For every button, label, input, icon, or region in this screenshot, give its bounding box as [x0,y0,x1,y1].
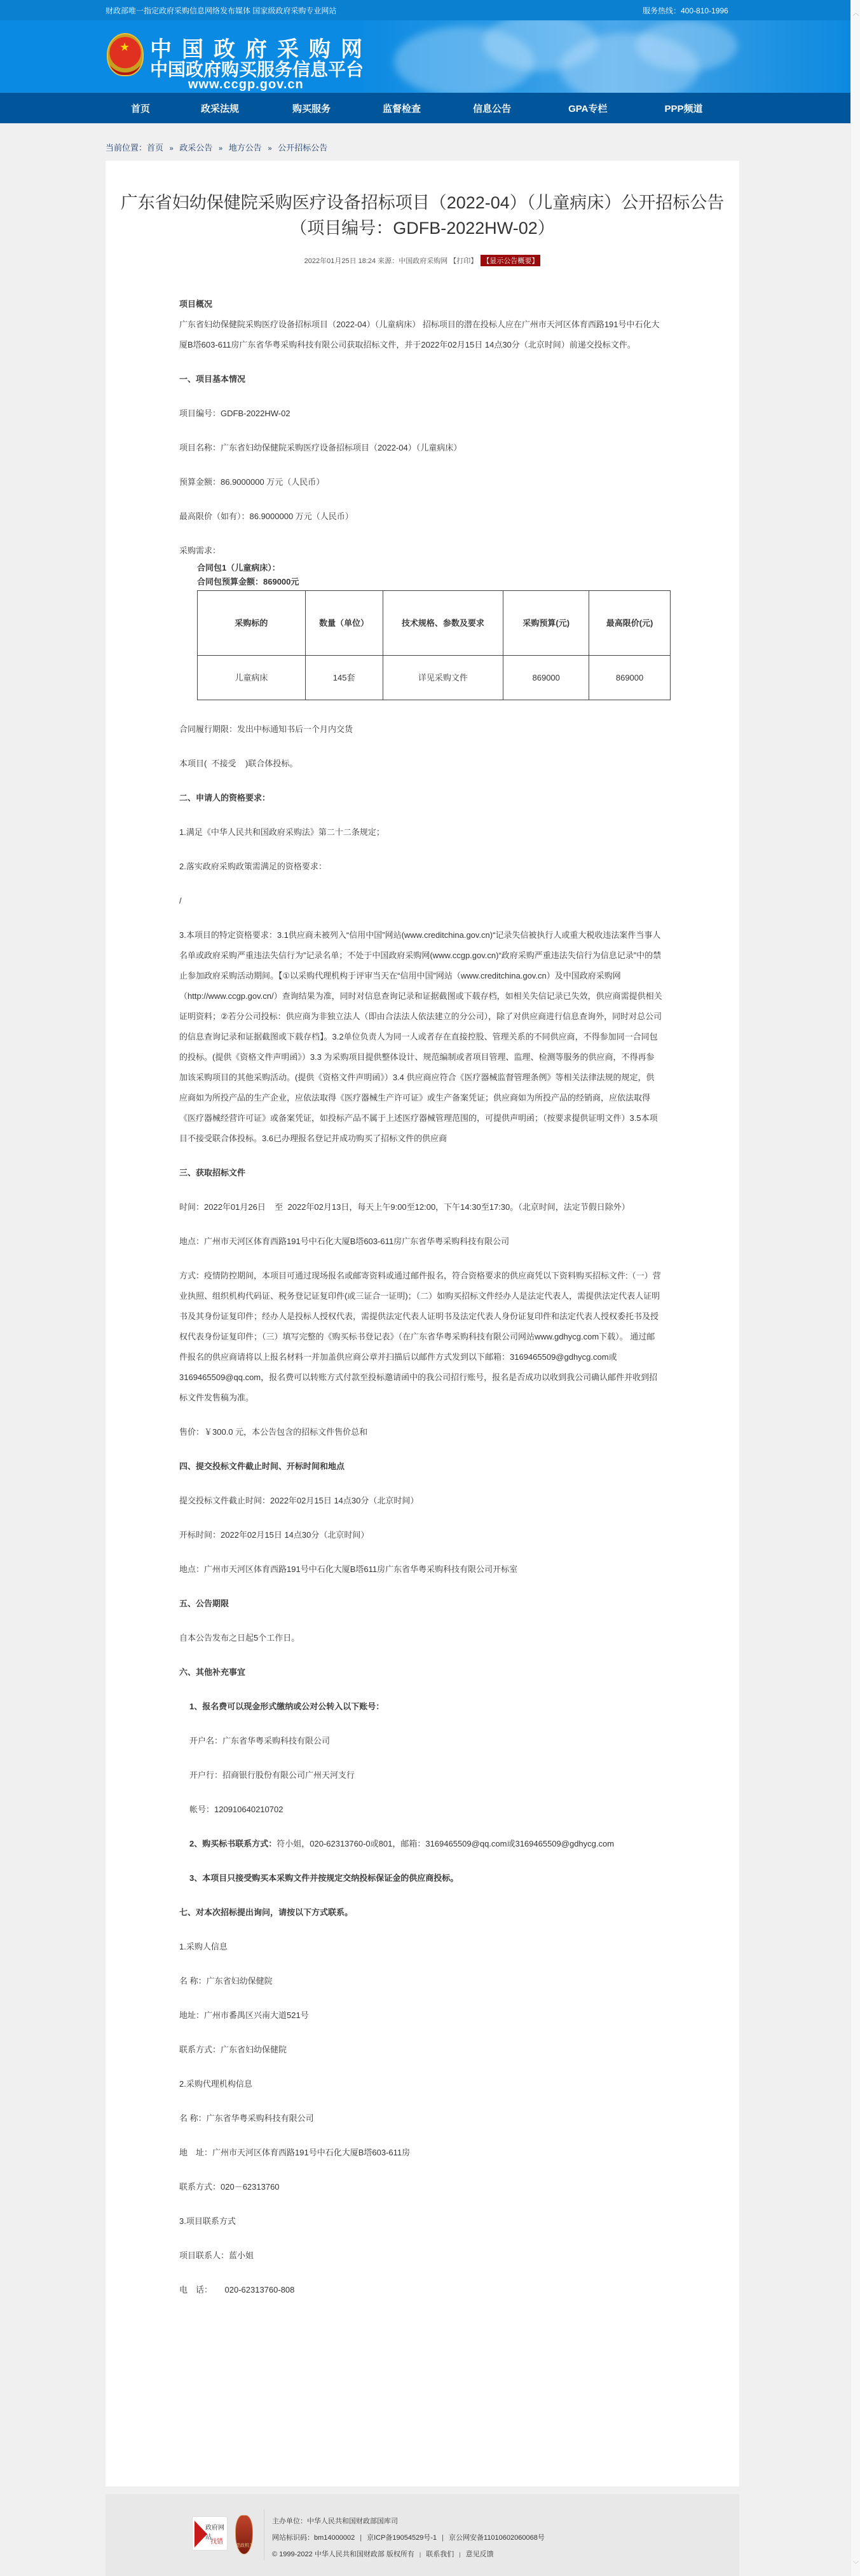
breadcrumb-gov-announcements[interactable]: 政采公告 [179,143,212,153]
badge-text: 党政机关 [236,2542,254,2549]
logo-url: www.ccgp.gov.cn [188,78,304,92]
page: 财政部唯一指定政府采购信息网络发布媒体 国家级政府采购专业网站 服务热线：400… [0,0,850,2576]
project-contact-phone: 电 话： 020-62313760-808 [179,2280,662,2300]
account-number: 帐号：120910640210702 [179,1800,662,1820]
purchaser-address: 地址：广州市番禺区兴南大道521号 [179,2005,662,2026]
package-budget: 合同包预算金额：869000元 [179,575,662,589]
requirements-table: 采购标的 数量（单位） 技术规格、参数及要求 采购预算(元) 最高限价(元) 儿… [197,590,671,700]
bidder-requirement: 3、本项目只接受购买本采购文件并按规定交纳投标保证金的供应商投标。 [179,1868,662,1888]
vertical-scrollbar[interactable]: ︿ ﹀ [850,0,860,2576]
badge-text: 找错 [210,2536,223,2545]
qualification-item2: 2.落实政府采购政策需满足的资格要求： [179,857,662,877]
cell-budget: 869000 [503,656,589,700]
overview-text: 广东省妇幼保健院采购医疗设备招标项目（2022-04）（儿童病床） 招标项目的潜… [179,315,662,355]
footer-info: 主办单位：中华人民共和国财政部国库司 网站标识码：bm14000002|京ICP… [272,2513,545,2563]
nav-item-announcements[interactable]: 信息公告 [473,102,511,115]
site-footer: 政府网站 找错 党政机关 主办单位：中华人民共和国财政部国库司 网站标识码：bm… [106,2494,739,2576]
article-title-line2: （项目编号：GDFB-2022HW-02） [290,219,555,238]
purchaser-name: 名 称：广东省妇幼保健院 [179,1971,662,1991]
copyright: © 1999-2022 中华人民共和国财政部 版权所有 [272,2551,414,2558]
cell-item: 儿童病床 [198,656,306,700]
table-header-row: 采购标的 数量（单位） 技术规格、参数及要求 采购预算(元) 最高限价(元) [198,591,671,656]
qualification-item3: 3.本项目的特定资格要求：3.1供应商未被列入“信用中国”网站(www.cred… [179,925,662,1149]
top-strip: 财政部唯一指定政府采购信息网络发布媒体 国家级政府采购专业网站 服务热线：400… [0,0,850,20]
breadcrumb-separator: » [219,145,222,153]
overview-heading: 项目概况 [179,294,662,315]
header-banner: ★ 中国政府采购网 中国政府购买服务信息平台 www.ccgp.gov.cn [0,20,850,93]
document-price: 售价：￥300.0 元，本公告包含的招标文件售价总和 [179,1422,662,1442]
cloud-decoration [636,20,737,71]
site-code: 网站标识码：bm14000002 [272,2534,355,2542]
col-header-specs: 技术规格、参数及要求 [383,591,503,656]
article-card: 广东省妇幼保健院采购医疗设备招标项目（2022-04）（儿童病床）公开招标公告 … [106,161,739,2486]
qualification-item1: 1.满足《中华人民共和国政府采购法》第二十二条规定； [179,822,662,843]
print-button[interactable]: 【打印】 [449,257,477,265]
main-nav: 首页 政采法规 购买服务 监督检查 信息公告 GPA专栏 PPP频道 [0,93,850,123]
party-gov-organ-badge[interactable]: 党政机关 [235,2515,253,2554]
show-summary-button[interactable]: 【显示公告概要】 [481,255,540,266]
purchase-contact: 2、购买标书联系方式：符小姐，020-62313760-0或801，邮箱：316… [179,1834,662,1854]
breadcrumb-open-tender[interactable]: 公开招标公告 [278,143,327,153]
nav-item-supervision[interactable]: 监督检查 [383,102,421,115]
purchaser-heading: 1.采购人信息 [179,1937,662,1957]
project-number: 项目编号：GDFB-2022HW-02 [179,403,662,424]
nav-item-regulations[interactable]: 政采法规 [201,102,239,115]
footer-divider [264,2509,264,2560]
section7-heading: 七、对本次招标提出询问，请按以下方式联系。 [179,1902,662,1923]
nav-item-gpa[interactable]: GPA专栏 [568,102,607,115]
article-title-line1: 广东省妇幼保健院采购医疗设备招标项目（2022-04）（儿童病床）公开招标公告 [121,193,725,212]
footer-registration: 网站标识码：bm14000002|京ICP备19054529号-1|京公网安备1… [272,2530,545,2546]
cell-max-price: 869000 [589,656,671,700]
opening-time: 开标时间：2022年02月15日 14点30分（北京时间） [179,1525,662,1545]
bank-name: 开户行：招商银行股份有限公司广州天河支行 [179,1765,662,1786]
fee-payment-heading: 1、报名费可以现金形式缴纳或公对公转入以下账号： [179,1697,662,1717]
article-title: 广东省妇幼保健院采购医疗设备招标项目（2022-04）（儿童病床）公开招标公告 … [106,190,739,241]
package-title: 合同包1（儿童病床）： [179,561,662,575]
nav-item-purchase-services[interactable]: 购买服务 [292,102,331,115]
cell-specs: 详见采购文件 [383,656,503,700]
agency-heading: 2.采购代理机构信息 [179,2074,662,2094]
obtain-method: 方式：疫情防控期间，本项目可通过现场报名或邮寄资料或通过邮件报名，符合资格要求的… [179,1266,662,1408]
contract-period: 合同履行期限：发出中标通知书后一个月内交货 [179,719,662,740]
agency-contact: 联系方式：020－62313760 [179,2177,662,2197]
section6-heading: 六、其他补充事宜 [179,1662,662,1683]
demand-label: 采购需求： [179,541,662,561]
table-row: 儿童病床 145套 详见采购文件 869000 869000 [198,656,671,700]
gov-site-error-report-badge[interactable]: 政府网站 找错 [192,2516,228,2551]
article-source: 来源：中国政府采购网 [378,257,447,265]
consortium-policy: 本项目( 不接受 )联合体投标。 [179,754,662,774]
project-contact-heading: 3.项目联系方式 [179,2211,662,2232]
purchase-contact-label: 2、购买标书联系方式： [189,1839,276,1848]
article-content: 项目概况 广东省妇幼保健院采购医疗设备招标项目（2022-04）（儿童病床） 招… [179,294,662,2300]
section2-heading: 二、申请人的资格要求： [179,788,662,808]
nav-item-home[interactable]: 首页 [131,102,150,115]
col-header-budget: 采购预算(元) [503,591,589,656]
cell-quantity: 145套 [305,656,383,700]
publish-date: 2022年01月25日 18:24 [304,257,376,265]
site-slogan: 财政部唯一指定政府采购信息网络发布媒体 国家级政府采购专业网站 [106,5,336,16]
section5-heading: 五、公告期限 [179,1594,662,1614]
submission-deadline: 提交投标文件截止时间：2022年02月15日 14点30分（北京时间） [179,1491,662,1511]
scroll-up-arrow-icon[interactable]: ︿ [851,8,860,17]
breadcrumb-separator: » [268,145,271,153]
contact-us-link[interactable]: 联系我们 [426,2551,454,2558]
section1-heading: 一、项目基本情况 [179,369,662,390]
obtain-time: 时间：2022年01月26日 至 2022年02月13日，每天上午9:00至12… [179,1197,662,1217]
max-price: 最高限价（如有）：86.9000000 万元（人民币） [179,506,662,527]
article-meta: 2022年01月25日 18:24 来源：中国政府采购网 【打印】 【显示公告概… [106,255,739,266]
breadcrumb-prefix: 当前位置： [106,143,147,153]
agency-name: 名 称：广东省华粤采购科技有限公司 [179,2108,662,2129]
section3-heading: 三、获取招标文件 [179,1163,662,1183]
project-contact-person: 项目联系人：蓝小姐 [179,2246,662,2266]
budget-amount: 预算金额：86.9000000 万元（人民币） [179,472,662,492]
purchase-contact-text: 符小姐，020-62313760-0或801，邮箱：3169465509@qq.… [276,1839,614,1848]
scroll-down-arrow-icon[interactable]: ﹀ [851,2559,860,2568]
footer-copyright-row: © 1999-2022 中华人民共和国财政部 版权所有|联系我们|意见反馈 [272,2546,545,2563]
breadcrumb-home[interactable]: 首页 [147,143,163,153]
breadcrumb: 当前位置：首页 » 政采公告 » 地方公告 » 公开招标公告 [106,141,327,153]
col-header-item: 采购标的 [198,591,306,656]
col-header-max-price: 最高限价(元) [589,591,671,656]
opening-place: 地点：广州市天河区体育西路191号中石化大厦B塔611房广东省华粤采购科技有限公… [179,1559,662,1580]
announcement-period: 自本公告发布之日起5个工作日。 [179,1628,662,1648]
nav-item-ppp[interactable]: PPP频道 [664,102,702,115]
police-record-link[interactable]: 京公网安备11010602060068号 [449,2534,545,2542]
breadcrumb-local-announcements[interactable]: 地方公告 [229,143,262,153]
footer-sponsor: 主办单位：中华人民共和国财政部国库司 [272,2513,545,2530]
icp-link[interactable]: 京ICP备19054529号-1 [367,2534,437,2542]
section4-heading: 四、提交投标文件截止时间、开标时间和地点 [179,1456,662,1477]
obtain-place: 地点：广州市天河区体育西路191号中石化大厦B塔603-611房广东省华粤采购科… [179,1231,662,1252]
breadcrumb-separator: » [170,145,174,153]
qualification-item2-value: / [179,891,662,911]
project-name: 项目名称：广东省妇幼保健院采购医疗设备招标项目（2022-04）（儿童病床） [179,438,662,458]
agency-address: 地 址：广州市天河区体育西路191号中石化大厦B塔603-611房 [179,2143,662,2163]
service-hotline: 服务热线：400-810-1996 [643,5,728,16]
col-header-quantity: 数量（单位） [305,591,383,656]
purchaser-contact: 联系方式：广东省妇幼保健院 [179,2040,662,2060]
national-emblem-icon: ★ [107,33,144,76]
account-name: 开户名：广东省华粤采购科技有限公司 [179,1731,662,1751]
feedback-link[interactable]: 意见反馈 [466,2551,494,2558]
